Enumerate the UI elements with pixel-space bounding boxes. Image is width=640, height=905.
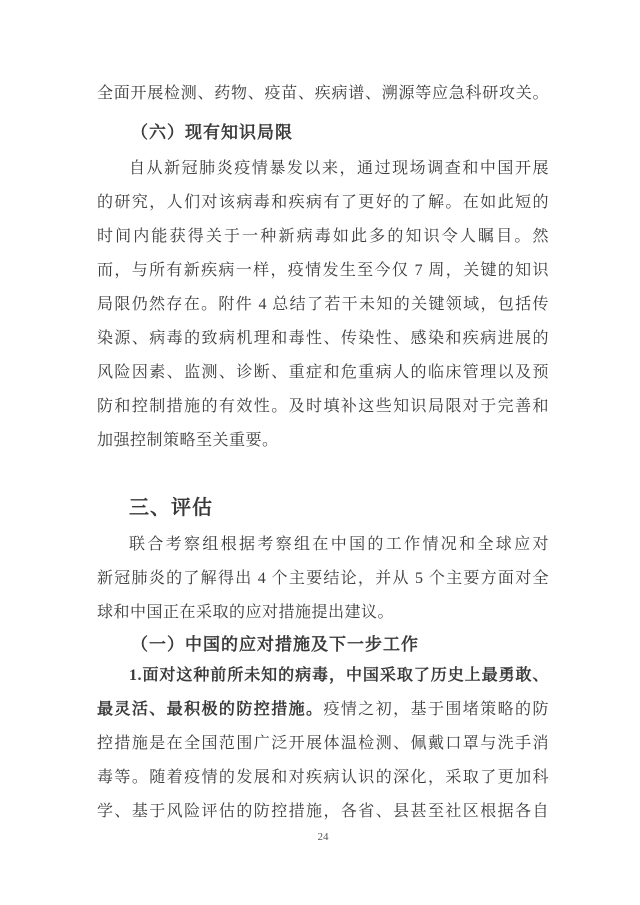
text-line: 学、基于风险评估的防控措施，各省、县甚至社区根据各自 — [97, 795, 549, 829]
page-number: 24 — [97, 830, 549, 844]
text-line: 球和中国正在采取的应对措施提出建议。 — [97, 596, 549, 630]
document-page: 全面开展检测、药物、疫苗、疾病谱、溯源等应急科研攻关。 （六）现有知识局限 自从… — [0, 0, 640, 905]
text-line: 毒等。随着疫情的发展和对疾病认识的深化，采取了更加科 — [97, 761, 549, 795]
text-line: 而，与所有新疾病一样，疫情发生至今仅 7 周，关键的知识 — [97, 254, 549, 288]
text-line: 控措施是在全国范围广泛开展体温检测、佩戴口罩与洗手消 — [97, 727, 549, 761]
text-line: 时间内能获得关于一种新病毒如此多的知识令人瞩目。然 — [97, 220, 549, 254]
text-line: 自从新冠肺炎疫情暴发以来，通过现场调查和中国开展 — [97, 152, 549, 186]
text-line: 新冠肺炎的了解得出 4 个主要结论，并从 5 个主要方面对全 — [97, 562, 549, 596]
text-line: 染源、病毒的致病机理和毒性、传染性、感染和疾病进展的 — [97, 322, 549, 356]
text-line: 1.面对这种前所未知的病毒，中国采取了历史上最勇敢、 — [97, 659, 549, 693]
text-line: 全面开展检测、药物、疫苗、疾病谱、溯源等应急科研攻关。 — [97, 77, 549, 111]
text-line: 的研究，人们对该病毒和疾病有了更好的了解。在如此短的 — [97, 186, 549, 220]
section-heading-assessment: 三、评估 — [97, 488, 549, 528]
text-line: 风险因素、监测、诊断、重症和危重病人的临床管理以及预 — [97, 356, 549, 390]
text-line: 加强控制策略至关重要。 — [97, 424, 549, 458]
text-line: 联合考察组根据考察组在中国的工作情况和全球应对 — [97, 528, 549, 562]
text-line: 局限仍然存在。附件 4 总结了若干未知的关键领域，包括传 — [97, 288, 549, 322]
text-line: 最灵活、最积极的防控措施。疫情之初，基于围堵策略的防 — [97, 693, 549, 727]
text-run-bold: 最灵活、最积极的防控措施。 — [97, 701, 323, 718]
section-heading-knowledge-gaps: （六）现有知识局限 — [97, 115, 549, 151]
page-text-column: 全面开展检测、药物、疫苗、疾病谱、溯源等应急科研攻关。 （六）现有知识局限 自从… — [97, 0, 549, 844]
text-run: 疫情之初，基于围堵策略的防 — [323, 701, 549, 718]
text-line: 防和控制措施的有效性。及时填补这些知识局限对于完善和 — [97, 390, 549, 424]
subsection-heading-china-response: （一）中国的应对措施及下一步工作 — [97, 628, 549, 662]
